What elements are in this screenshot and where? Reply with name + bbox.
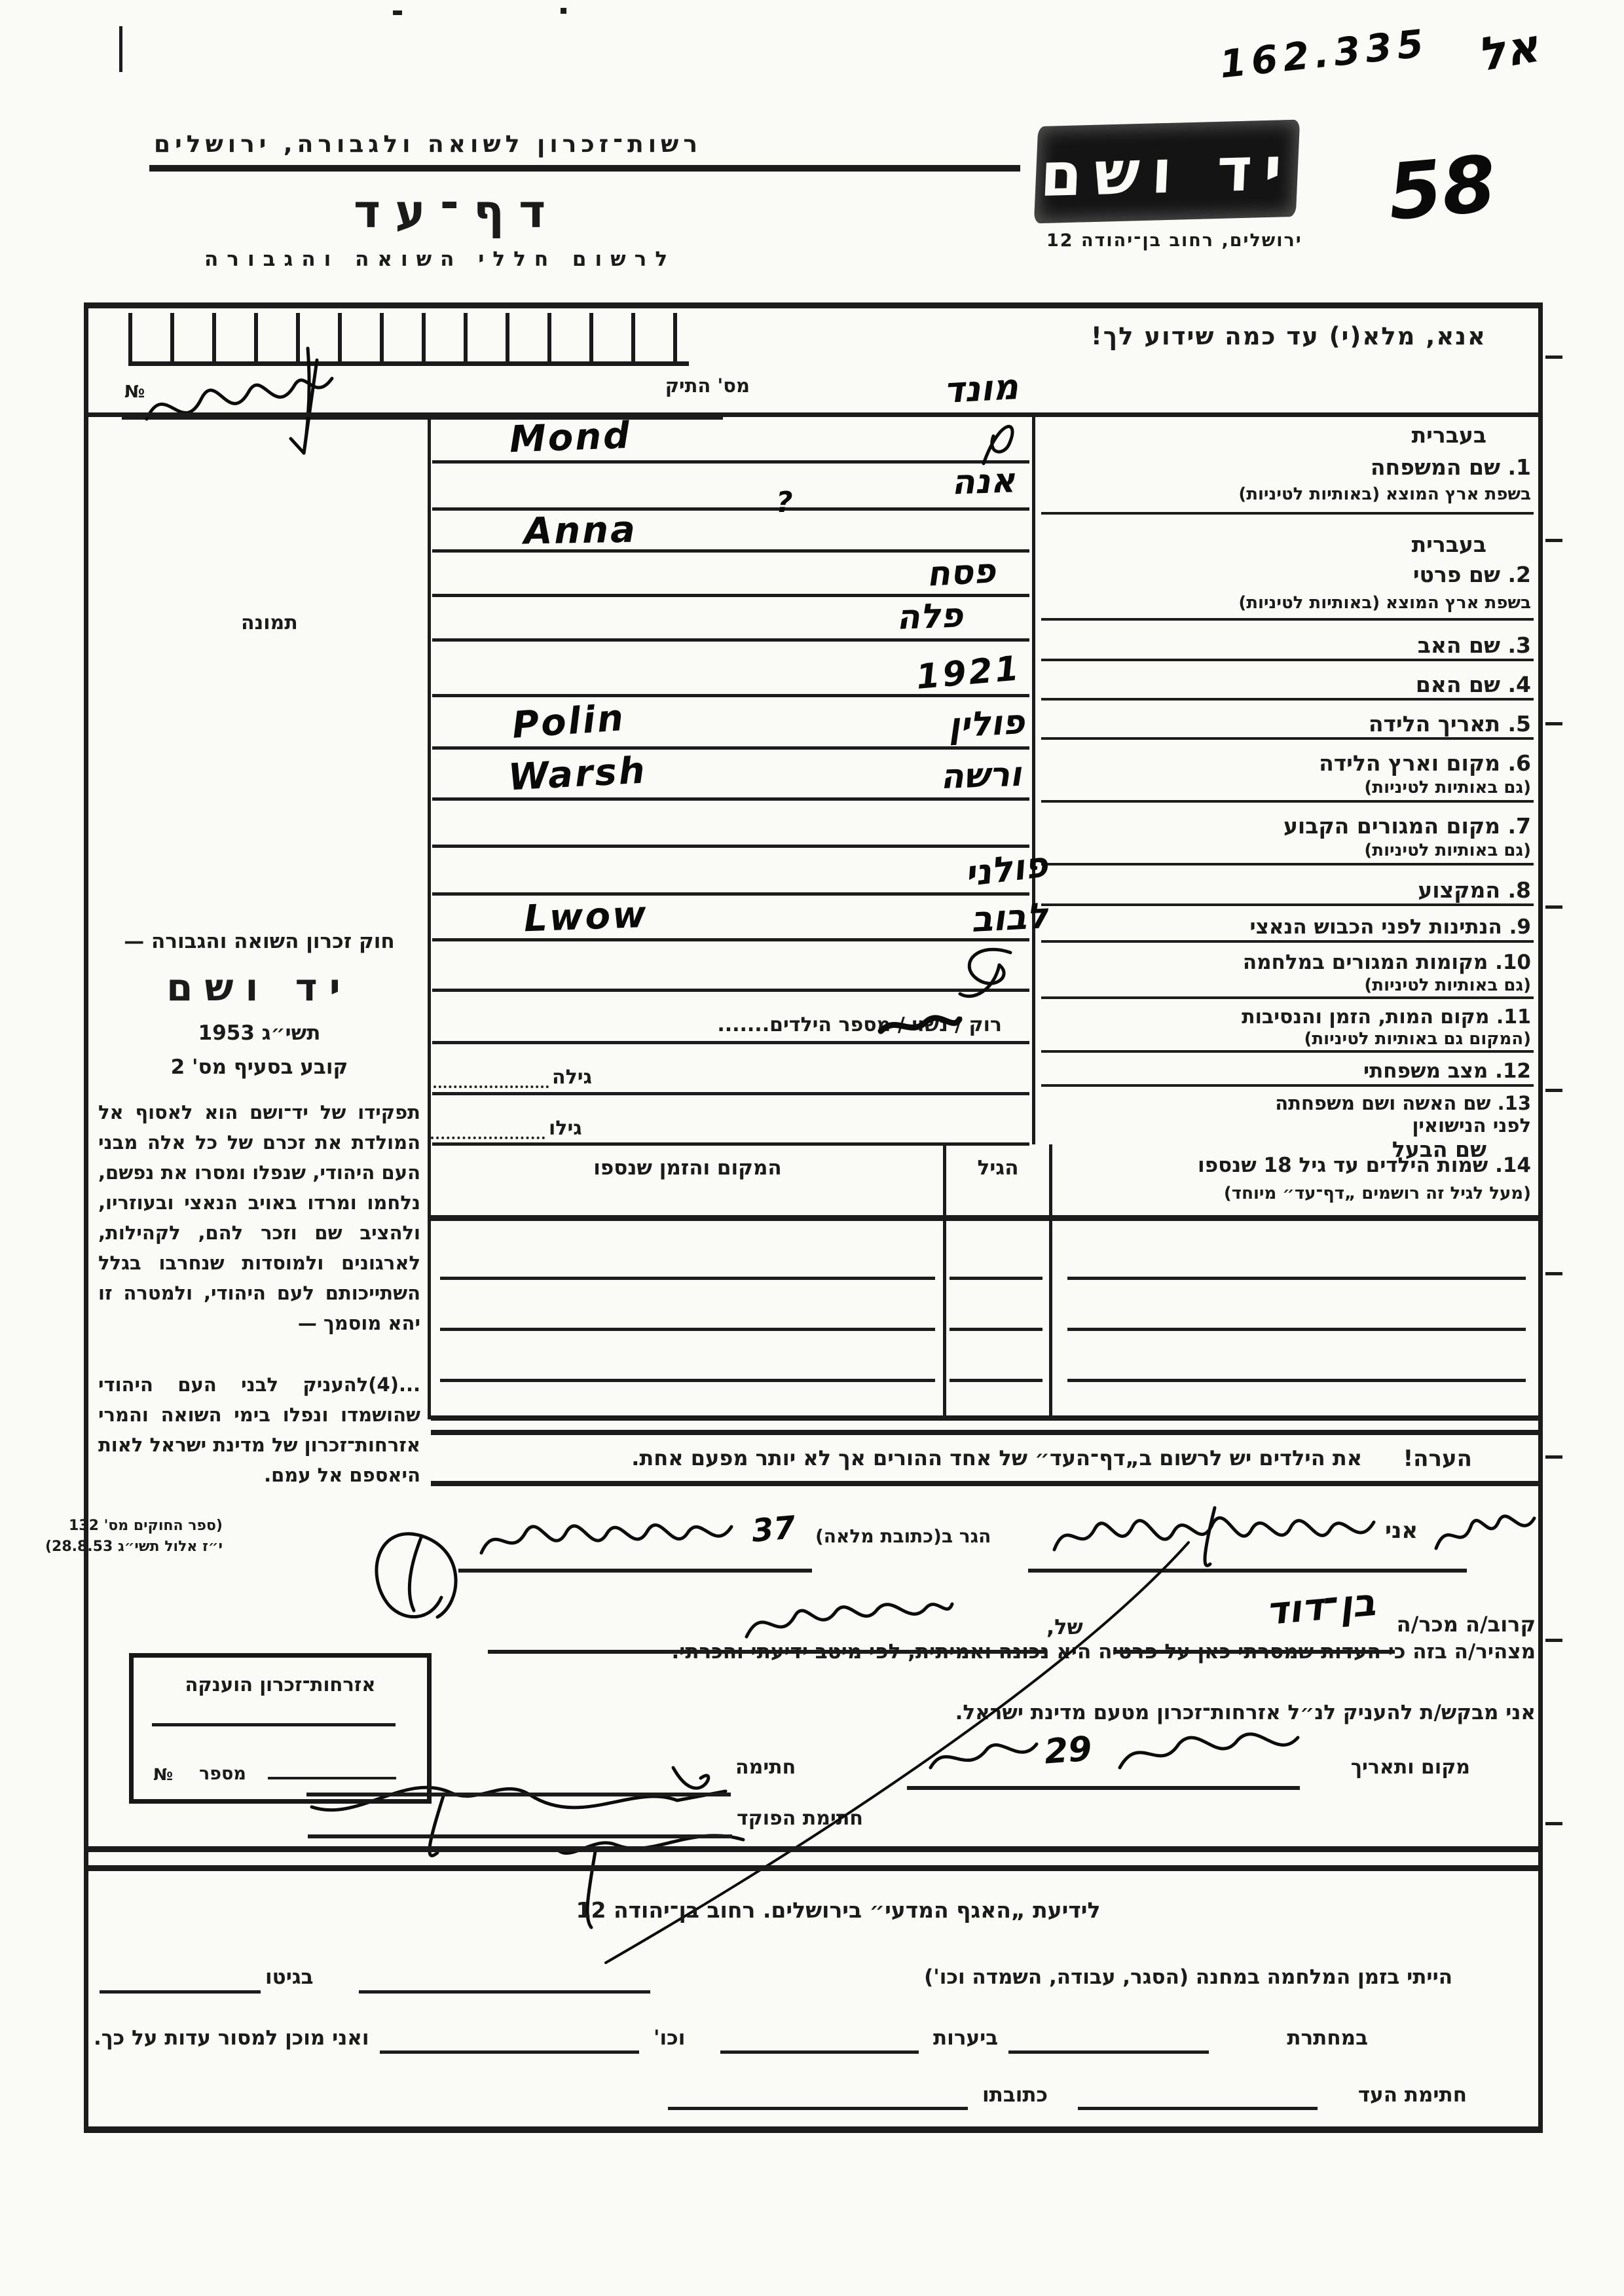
field-label-8: 8. המקצוע [1418, 877, 1531, 903]
margin-tick [1545, 1272, 1562, 1275]
entry-residence-hebrew: ורשה [940, 755, 1022, 797]
decl-margin-flourish [359, 1519, 470, 1630]
entry-surname-latin: Mond [509, 414, 632, 461]
yad-vashem-logo-stamp: יד ושם [1034, 120, 1300, 224]
file-number-scrawl [139, 340, 342, 458]
stamp-box-title: אזרחות־זכרון הוענקה [134, 1673, 427, 1696]
footer-underground-label: במחתרת [1287, 2026, 1368, 2050]
ruled-line [432, 746, 1029, 750]
decl-name-scrawl-end [1431, 1503, 1539, 1561]
margin-tick [1545, 1822, 1562, 1825]
entry-birthplace-latin: Polin [511, 697, 627, 747]
field-label-11: 11. מקום המות, הזמן והנסיבות [1242, 1006, 1531, 1029]
footer-etc-label: וכו' [654, 2026, 685, 2050]
field-label-2: 2. שם פרטי [1413, 562, 1531, 587]
agency-name: רשות־זכרון לשואה ולגבורה, ירושלים [154, 131, 702, 158]
decl-relative-label: קרוב/ה מכר/ה [1397, 1612, 1536, 1637]
table-col-place: המקום והזמן שנספו [432, 1156, 943, 1180]
ruled-line [432, 845, 1029, 848]
margin-tick [1545, 722, 1562, 725]
entry-birth-date: 1921 [915, 649, 1023, 697]
law-note-1: (ספר החוקים מס' 132 [69, 1518, 223, 1534]
entry-citizenship: פולני [963, 843, 1050, 894]
testimony-page-scan: 162.335 אל 58 רשות־זכרון לשואה ולגבורה, … [0, 0, 1624, 2296]
field-label-6-sub: (גם באותיות לטיניות) [1364, 778, 1531, 797]
field-label-7-sub: (גם באותיות לטיניות) [1364, 841, 1531, 860]
footer-blank-line [359, 1990, 650, 1994]
section-divider [431, 1415, 1539, 1421]
footer-witness-signature-label: חתימת העד [1358, 2083, 1467, 2107]
ruled-line [432, 989, 1029, 992]
field-label-10: 10. מקומות המגורים במלחמה [1243, 951, 1531, 974]
label-divider [1041, 940, 1534, 943]
label-divider [1041, 737, 1534, 740]
form-subtitle: לרשום חללי השואה והגבורה [204, 247, 676, 271]
marital-scribble [877, 1011, 963, 1041]
header-underline [149, 165, 1020, 172]
entry-death-place-scrawl [948, 936, 1027, 1005]
stamp-box-number-line [268, 1777, 396, 1779]
law-intro: חוק זכרון השואה והגבורה — [98, 930, 420, 953]
entry-father-name: פסח [925, 551, 996, 594]
field-label-11-sub: (המקום גם באותיות לטיניות) [1304, 1029, 1531, 1049]
entry-firstname-latin: Anna [523, 508, 637, 553]
entry-surname-hebrew: מונד [943, 366, 1020, 411]
field-label-3: 3. שם האב [1418, 632, 1531, 658]
margin-tick [1545, 1455, 1562, 1459]
table-row-line [1067, 1277, 1526, 1280]
logo-text: יד ושם [1039, 133, 1295, 210]
table-row-line [440, 1328, 935, 1331]
children-header-sub: (מעל לגיל זה רושמים „דף־עד״ מיוחד) [1224, 1184, 1531, 1203]
form-title: דף־עד [354, 185, 560, 238]
field-label-5: 5. תאריך הלידה [1369, 711, 1531, 737]
margin-tick [1545, 355, 1562, 359]
field-label-9: 9. הנתינות לפני הכבוש הנאצי [1249, 915, 1531, 939]
label-divider [1041, 659, 1534, 661]
table-row-line [950, 1379, 1043, 1382]
table-vertical-line [943, 1144, 946, 1419]
field-label-1: 1. שם המשפחה [1371, 454, 1531, 480]
table-row-line [440, 1379, 935, 1382]
scan-artifact [561, 8, 566, 14]
field-label-7: 7. מקום המגורים הקבוע [1283, 813, 1531, 839]
entry-birthplace-hebrew: פולין [948, 702, 1026, 746]
field-label-hebrew-2: בעברית [1412, 532, 1486, 557]
citizenship-stamp-box: אזרחות־זכרון הוענקה מספר № [129, 1653, 432, 1804]
label-divider [1041, 512, 1534, 515]
field-label-1-sub: בשפת ארץ המוצא (באותיות לטיניות) [1238, 484, 1531, 504]
children-header: 14. שמות הילדים עד גיל 18 שנספו [1198, 1154, 1531, 1177]
fill-instruction: אנא, מלא(י) עד כמה שידוע לך! [1091, 322, 1486, 350]
law-text-2: ...(4)להעניק לבני העם היהודי שהושמדו ונפ… [98, 1370, 420, 1490]
footer-ready-label: ואני מוכן למסור עדות על כך. [94, 2026, 369, 2050]
footer-address-label: כתובתו [982, 2083, 1048, 2107]
law-year: תשי״ג 1953 [98, 1021, 420, 1045]
note-title: הערה! [1403, 1446, 1472, 1472]
decl-i-label: אני [1385, 1518, 1418, 1544]
ruled-line [432, 549, 1029, 553]
form-border-top [84, 302, 1543, 308]
scan-artifact [119, 26, 122, 72]
footer-blank-line [720, 2050, 919, 2054]
footer-blank-line [1078, 2107, 1318, 2110]
form-border-right [1538, 302, 1543, 2133]
entry-war-place-latin: Lwow [523, 894, 649, 941]
place-date-label: מקום ותאריך [1351, 1756, 1470, 1779]
label-column-separator [1032, 414, 1035, 1144]
ruled-line [432, 1092, 1029, 1095]
left-column-separator [428, 414, 431, 1419]
field-label-4: 4. שם האם [1416, 672, 1531, 697]
footer-title: לידיעת „האגף המדעי״ בירושלים. רחוב בן־יה… [393, 1897, 1283, 1923]
ruled-line [432, 460, 1029, 464]
label-divider [1041, 800, 1534, 803]
footer-blank-line [380, 2050, 639, 2054]
footer-divider [85, 1846, 1540, 1852]
table-row-line [950, 1277, 1043, 1280]
label-divider [1041, 996, 1534, 999]
margin-tick [1545, 905, 1562, 909]
note-underline [431, 1481, 1539, 1486]
margin-tick [1545, 1089, 1562, 1092]
stamp-box-number-label: מספר [199, 1764, 246, 1784]
field-label-12: 12. מצב משפחתי [1363, 1059, 1531, 1083]
form-border-left [84, 302, 88, 2133]
footer-blank-line [100, 1990, 261, 1994]
field-label-2-sub: בשפת ארץ המוצא (באותיות לטיניות) [1238, 593, 1531, 613]
table-vertical-line [1049, 1144, 1052, 1419]
law-note-2: י״ז אלול תשי״ג 28.8.53) [45, 1539, 223, 1555]
footer-blank-line [1008, 2050, 1209, 2054]
ruled-line [432, 892, 1029, 896]
field-label-13: 13. שם האשה ושם משפחתה [1275, 1092, 1531, 1114]
field-label-hebrew-1: בעברית [1412, 422, 1486, 448]
his-age-label: גילו [549, 1117, 582, 1140]
her-age-label: גילה [552, 1066, 592, 1089]
decl-relation-handwritten: בן־דוד [1264, 1580, 1377, 1633]
ruled-line [432, 1142, 1029, 1146]
section-top-line [88, 412, 1539, 417]
law-name: יד ושם [98, 965, 420, 1010]
table-row-line [1067, 1379, 1526, 1382]
his-age-blank [431, 1137, 545, 1139]
field-label-13b: לפני הנישואין [1412, 1114, 1531, 1137]
table-row-line [950, 1328, 1043, 1331]
law-text-1: תפקידו של יד־ושם הוא לאסוף אל המולדת את … [98, 1097, 420, 1338]
table-col-age: הגיל [946, 1156, 1050, 1180]
form-border-bottom [84, 2126, 1543, 2133]
margin-tick [1545, 539, 1562, 542]
ruled-line [432, 1041, 1029, 1044]
law-section: קובע בסעיף מס' 2 [98, 1055, 420, 1079]
corner-note-handwritten: אל [1473, 19, 1543, 82]
label-divider [1041, 1050, 1534, 1053]
ruled-line [432, 938, 1029, 941]
label-divider [1041, 1084, 1534, 1087]
table-row-line [1067, 1328, 1526, 1331]
photo-placeholder-label: תמונה [241, 611, 298, 634]
scan-artifact [393, 10, 402, 15]
label-divider [1041, 618, 1534, 621]
footer-forests-label: ביערות [933, 2026, 998, 2050]
margin-tick [1545, 1639, 1562, 1642]
entry-residence-latin: Warsh [507, 750, 648, 799]
label-divider [1041, 698, 1534, 701]
office-address: ירושלים, רחוב בן־יהודה 12 [1046, 230, 1302, 251]
her-age-blank [434, 1085, 549, 1088]
stamp-box-line [152, 1723, 396, 1726]
section-divider [431, 1430, 1539, 1435]
entry-war-place-hebrew: לבוב [970, 895, 1048, 940]
footer-blank-line [668, 2107, 968, 2110]
table-header-underline [431, 1215, 1539, 1221]
entry-mother-name: פלה [896, 596, 963, 638]
archive-number-handwritten: 162.335 [1217, 20, 1431, 86]
label-divider [1041, 903, 1534, 906]
corner-number-handwritten: 58 [1384, 138, 1500, 238]
file-number-label: מס' התיק [665, 374, 750, 397]
label-divider [1041, 863, 1534, 866]
field-label-6: 6. מקום וארץ הלידה [1319, 750, 1531, 776]
ruled-line [432, 638, 1029, 642]
footer-camps-label: הייתי בזמן המלחמה במחנה (הסגר, עבודה, הש… [924, 1965, 1452, 1989]
footer-ghetto-label: בגיטו [265, 1965, 314, 1989]
ruled-line [432, 507, 1029, 511]
entry-question-mark: ? [776, 486, 793, 519]
field-label-10-sub: (גם באותיות לטיניות) [1364, 975, 1531, 995]
footer-divider [85, 1865, 1540, 1871]
table-row-line [440, 1277, 935, 1280]
entry-firstname-hebrew: אנה [951, 461, 1016, 502]
note-text: את הילדים יש לרשום ב„דף־העד״ של אחד ההור… [631, 1446, 1362, 1470]
stamp-box-number-mark: № [153, 1765, 173, 1784]
